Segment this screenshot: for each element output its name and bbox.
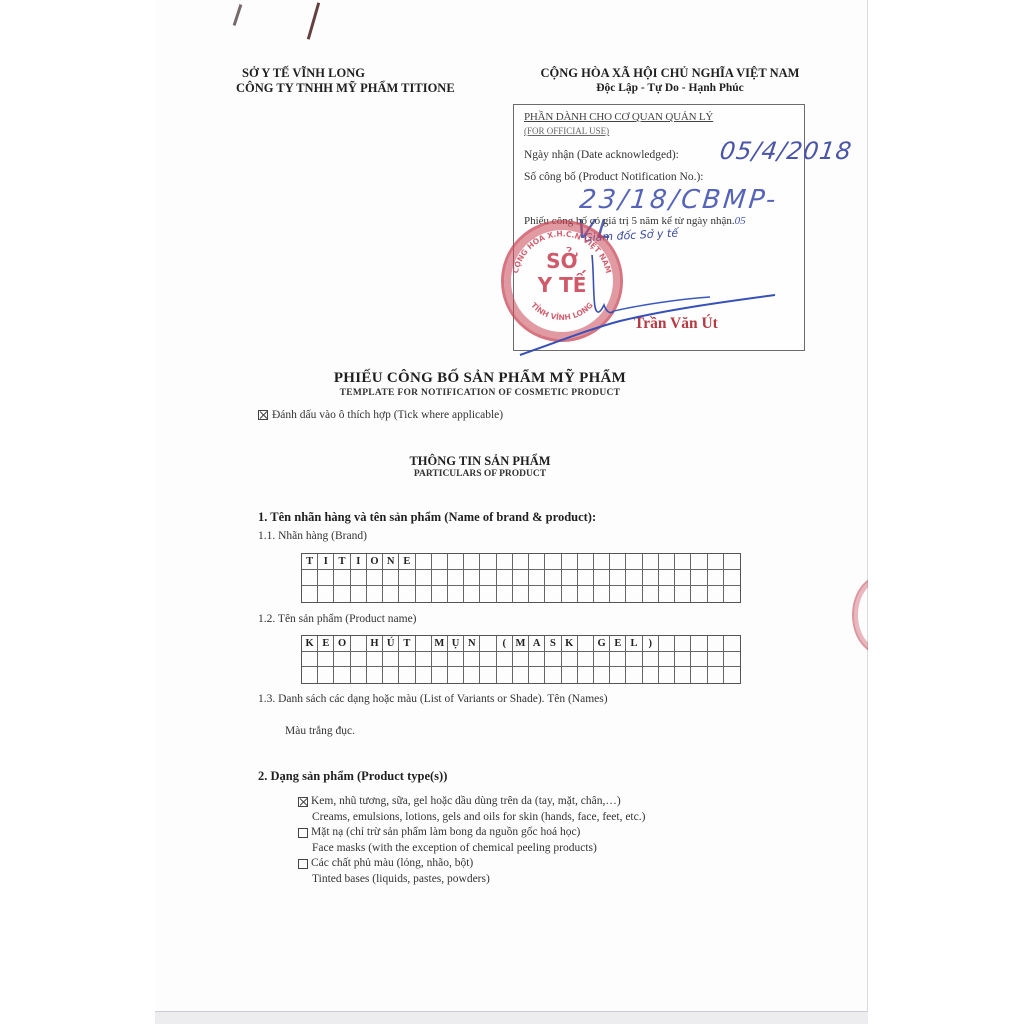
issuer-header: SỞ Y TẾ VĨNH LONG CÔNG TY TNHH MỸ PHẨM T… [236, 66, 455, 96]
form-title: PHIẾU CÔNG BỐ SẢN PHẨM MỸ PHẨM TEMPLATE … [250, 370, 710, 398]
grid-cell [399, 586, 415, 602]
grid-cell [675, 570, 691, 586]
grid-cell [675, 554, 691, 570]
grid-cell [318, 570, 334, 586]
grid-cell [659, 586, 675, 602]
grid-cell [529, 570, 545, 586]
grid-cell [691, 554, 707, 570]
grid-cell [578, 667, 594, 683]
grid-cell [302, 667, 318, 683]
grid-cell [432, 586, 448, 602]
grid-cell [610, 652, 626, 668]
grid-cell [675, 636, 691, 652]
grid-cell [464, 667, 480, 683]
product-name-label: 1.2. Tên sản phẩm (Product name) [258, 613, 417, 625]
grid-cell [626, 652, 642, 668]
grid-cell [399, 652, 415, 668]
grid-cell [594, 570, 610, 586]
checkbox-icon [298, 859, 308, 869]
grid-cell [318, 667, 334, 683]
grid-cell [675, 652, 691, 668]
grid-cell [448, 554, 464, 570]
grid-cell [594, 652, 610, 668]
svg-text:TỈNH VĨNH LONG: TỈNH VĨNH LONG [529, 301, 595, 322]
grid-cell [497, 652, 513, 668]
product-type-vi: Kem, nhũ tương, sữa, gel hoặc dầu dùng t… [311, 794, 621, 810]
grid-cell [529, 667, 545, 683]
notification-number-label: Số công bố (Product Notification No.): [524, 171, 704, 183]
question-1-title: 1. Tên nhãn hàng và tên sản phẩm (Name o… [258, 510, 596, 525]
brand-label: 1.1. Nhãn hàng (Brand) [258, 530, 367, 542]
signer-name: Trần Văn Út [634, 315, 718, 333]
grid-cell [513, 586, 529, 602]
grid-cell: L [626, 636, 642, 652]
checkbox-icon [258, 410, 268, 420]
grid-cell [724, 586, 740, 602]
grid-cell [675, 586, 691, 602]
grid-cell: G [594, 636, 610, 652]
grid-cell [578, 586, 594, 602]
grid-cell: K [562, 636, 578, 652]
grid-cell [513, 554, 529, 570]
grid-cell [497, 554, 513, 570]
grid-cell [643, 652, 659, 668]
grid-cell [545, 667, 561, 683]
grid-cell: H [367, 636, 383, 652]
grid-cell [545, 554, 561, 570]
grid-cell: O [334, 636, 350, 652]
product-type-en: Face masks (with the exception of chemic… [298, 841, 645, 857]
grid-cell: I [351, 554, 367, 570]
grid-cell [351, 570, 367, 586]
grid-cell [383, 667, 399, 683]
edge-stamp-clip [840, 560, 868, 670]
grid-cell [724, 554, 740, 570]
issuer-department: SỞ Y TẾ VĨNH LONG [236, 66, 455, 81]
grid-cell [708, 554, 724, 570]
grid-cell [724, 652, 740, 668]
grid-cell: M [432, 636, 448, 652]
grid-cell [659, 667, 675, 683]
grid-cell [594, 586, 610, 602]
grid-cell: Ú [383, 636, 399, 652]
grid-cell [708, 570, 724, 586]
grid-cell [351, 586, 367, 602]
official-stamp: CỘNG HÒA X.H.C.N VIỆT NAM TỈNH VĨNH LONG… [501, 220, 623, 342]
grid-cell [367, 667, 383, 683]
grid-cell [691, 652, 707, 668]
grid-cell [691, 667, 707, 683]
question-2-title: 2. Dạng sản phẩm (Product type(s)) [258, 769, 447, 784]
grid-cell: E [318, 636, 334, 652]
grid-cell [464, 570, 480, 586]
grid-cell [432, 570, 448, 586]
grid-cell: N [383, 554, 399, 570]
grid-cell: A [529, 636, 545, 652]
grid-cell [416, 554, 432, 570]
grid-cell [399, 667, 415, 683]
grid-cell [708, 652, 724, 668]
grid-cell [448, 667, 464, 683]
variants-value: Màu trắng đục. [285, 725, 355, 737]
date-acknowledged-value: 05/4/2018 [718, 137, 854, 165]
tick-instruction-text: Đánh dấu vào ô thích hợp (Tick where app… [272, 409, 503, 421]
date-acknowledged-label: Ngày nhận (Date acknowledged): [524, 149, 679, 161]
grid-cell [302, 652, 318, 668]
grid-cell: Ụ [448, 636, 464, 652]
checkbox-icon [298, 797, 308, 807]
grid-cell [351, 667, 367, 683]
grid-cell [691, 636, 707, 652]
checkbox-icon [298, 828, 308, 838]
grid-cell [367, 570, 383, 586]
grid-cell [448, 652, 464, 668]
grid-cell [562, 570, 578, 586]
grid-cell [675, 667, 691, 683]
grid-cell [562, 667, 578, 683]
partial-stamp [852, 575, 868, 655]
grid-cell [334, 586, 350, 602]
grid-cell [610, 554, 626, 570]
grid-cell [562, 586, 578, 602]
official-use-title: PHẦN DÀNH CHO CƠ QUAN QUẢN LÝ [524, 111, 713, 123]
product-type-en: Creams, emulsions, lotions, gels and oil… [298, 810, 645, 826]
brand-grid: TITIONE [301, 553, 741, 603]
product-type-vi: Các chất phủ màu (lỏng, nhão, bột) [311, 856, 473, 872]
grid-cell [367, 586, 383, 602]
product-type-en: Tinted bases (liquids, pastes, powders) [298, 872, 645, 888]
tick-instruction: Đánh dấu vào ô thích hợp (Tick where app… [258, 409, 503, 421]
grid-cell [626, 586, 642, 602]
grid-cell [448, 570, 464, 586]
grid-cell [578, 652, 594, 668]
stamp-center-text: SỞ Y TẾ [526, 249, 598, 297]
grid-cell [416, 586, 432, 602]
form-title-vi: PHIẾU CÔNG BỐ SẢN PHẨM MỸ PHẨM [250, 370, 710, 387]
grid-cell: S [545, 636, 561, 652]
grid-cell [643, 570, 659, 586]
grid-cell [416, 570, 432, 586]
grid-cell [399, 570, 415, 586]
grid-cell [383, 586, 399, 602]
grid-cell [594, 554, 610, 570]
grid-cell [497, 667, 513, 683]
grid-cell [448, 586, 464, 602]
grid-cell [708, 636, 724, 652]
grid-cell: M [513, 636, 529, 652]
section-title-en: PARTICULARS OF PRODUCT [250, 469, 710, 479]
grid-cell [659, 652, 675, 668]
grid-cell [513, 570, 529, 586]
section-title-vi: THÔNG TIN SẢN PHẨM [250, 454, 710, 469]
grid-cell [464, 652, 480, 668]
grid-cell [724, 636, 740, 652]
grid-cell [497, 570, 513, 586]
grid-cell: K [302, 636, 318, 652]
national-header: CỘNG HÒA XÃ HỘI CHỦ NGHĨA VIỆT NAM Độc L… [520, 66, 820, 96]
grid-cell [334, 570, 350, 586]
variants-label: 1.3. Danh sách các dạng hoặc màu (List o… [258, 693, 608, 705]
grid-cell: N [464, 636, 480, 652]
grid-cell: T [334, 554, 350, 570]
grid-cell [643, 667, 659, 683]
grid-cell [334, 652, 350, 668]
grid-cell [724, 667, 740, 683]
grid-cell [480, 636, 496, 652]
grid-cell [708, 586, 724, 602]
grid-cell [659, 570, 675, 586]
grid-cell [578, 554, 594, 570]
grid-cell [383, 652, 399, 668]
grid-cell: E [399, 554, 415, 570]
grid-cell [643, 554, 659, 570]
grid-cell: T [302, 554, 318, 570]
grid-cell [659, 636, 675, 652]
grid-cell [432, 554, 448, 570]
grid-cell [513, 652, 529, 668]
grid-cell [626, 554, 642, 570]
official-use-subtitle: (FOR OFFICIAL USE) [524, 126, 609, 136]
grid-cell [464, 586, 480, 602]
grid-cell: O [367, 554, 383, 570]
product-type-vi: Mặt nạ (chỉ trừ sản phẩm làm bong da ngu… [311, 825, 580, 841]
grid-cell [367, 652, 383, 668]
product-type-list: Kem, nhũ tương, sữa, gel hoặc dầu dùng t… [298, 794, 645, 887]
form-title-en: TEMPLATE FOR NOTIFICATION OF COSMETIC PR… [250, 388, 710, 398]
grid-cell [480, 554, 496, 570]
grid-cell [318, 586, 334, 602]
grid-cell [497, 586, 513, 602]
section-title: THÔNG TIN SẢN PHẨM PARTICULARS OF PRODUC… [250, 454, 710, 479]
grid-cell [416, 652, 432, 668]
grid-cell [562, 554, 578, 570]
grid-cell: ) [643, 636, 659, 652]
grid-cell [383, 570, 399, 586]
grid-cell [708, 667, 724, 683]
grid-cell [545, 570, 561, 586]
grid-cell [610, 667, 626, 683]
grid-cell [318, 652, 334, 668]
grid-cell: ( [497, 636, 513, 652]
grid-cell [351, 636, 367, 652]
grid-cell [545, 652, 561, 668]
grid-cell [480, 570, 496, 586]
validity-handwriting: 05 [735, 215, 746, 227]
grid-cell [562, 652, 578, 668]
grid-cell [626, 570, 642, 586]
grid-cell [480, 667, 496, 683]
national-title: CỘNG HÒA XÃ HỘI CHỦ NGHĨA VIỆT NAM [520, 66, 820, 81]
grid-cell [351, 652, 367, 668]
grid-cell [480, 652, 496, 668]
grid-cell [578, 570, 594, 586]
grid-cell [302, 586, 318, 602]
national-motto: Độc Lập - Tự Do - Hạnh Phúc [520, 81, 820, 96]
issuer-company: CÔNG TY TNHH MỸ PHẨM TITIONE [236, 81, 455, 96]
grid-cell: E [610, 636, 626, 652]
grid-cell [626, 667, 642, 683]
grid-cell [529, 554, 545, 570]
product-type-option: Kem, nhũ tương, sữa, gel hoặc dầu dùng t… [298, 794, 645, 825]
product-type-option: Mặt nạ (chỉ trừ sản phẩm làm bong da ngu… [298, 825, 645, 856]
product-type-option: Các chất phủ màu (lỏng, nhão, bột)Tinted… [298, 856, 645, 887]
grid-cell [691, 586, 707, 602]
page-bottom-edge [155, 1012, 868, 1024]
grid-cell [691, 570, 707, 586]
grid-cell [432, 667, 448, 683]
product-name-grid: KEOHÚTMỤN(MASKGEL) [301, 635, 741, 684]
grid-cell [610, 570, 626, 586]
grid-cell [610, 586, 626, 602]
grid-cell [529, 652, 545, 668]
grid-cell [578, 636, 594, 652]
grid-cell [643, 586, 659, 602]
grid-cell [302, 570, 318, 586]
grid-cell: T [399, 636, 415, 652]
grid-cell [545, 586, 561, 602]
grid-cell [480, 586, 496, 602]
grid-cell [529, 586, 545, 602]
grid-cell [334, 667, 350, 683]
grid-cell: I [318, 554, 334, 570]
grid-cell [659, 554, 675, 570]
grid-cell [464, 554, 480, 570]
grid-cell [513, 667, 529, 683]
grid-cell [416, 636, 432, 652]
grid-cell [416, 667, 432, 683]
grid-cell [724, 570, 740, 586]
grid-cell [594, 667, 610, 683]
grid-cell [432, 652, 448, 668]
